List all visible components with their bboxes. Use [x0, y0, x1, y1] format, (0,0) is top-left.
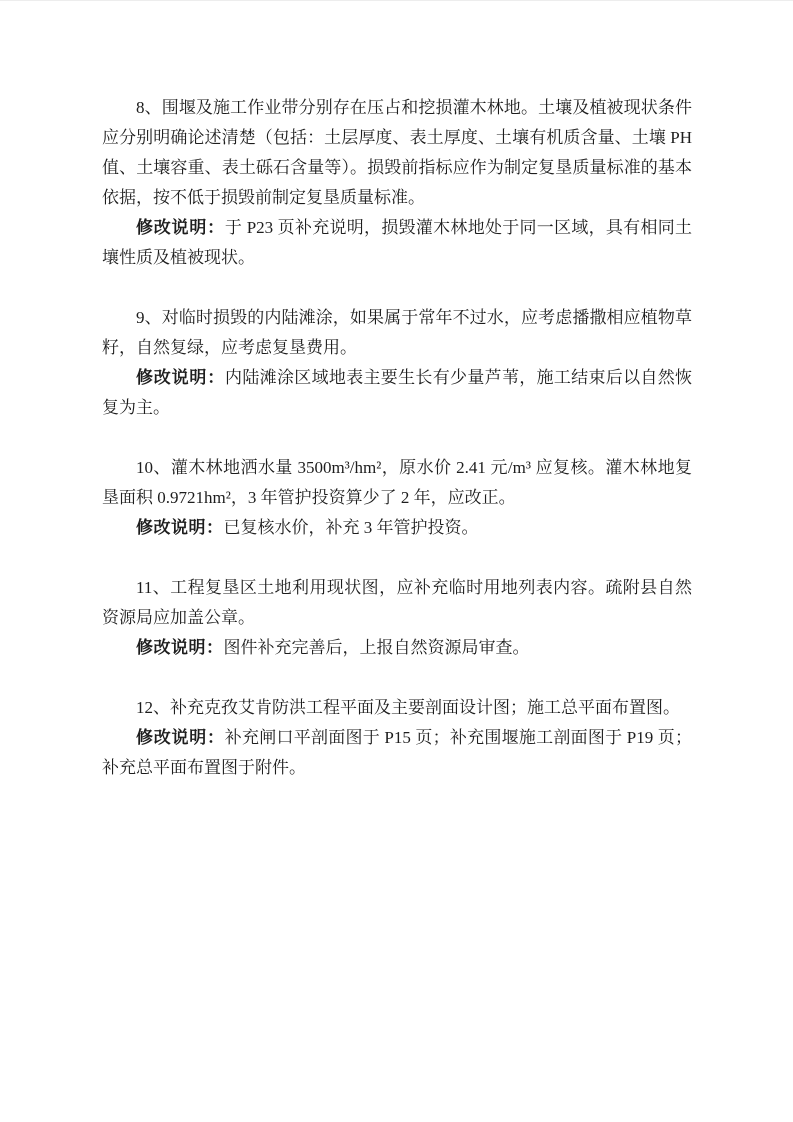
revision-note-paragraph: 修改说明：已复核水价，补充 3 年管护投资。: [102, 513, 692, 543]
review-item-11: 11、工程复垦区土地利用现状图，应补充临时用地列表内容。疏附县自然资源局应加盖公…: [102, 573, 692, 663]
statement-text: 围堰及施工作业带分别存在压占和挖损灌木林地。土壤及植被现状条件应分别明确论述清楚…: [102, 98, 692, 207]
revision-note-paragraph: 修改说明：内陆滩涂区域地表主要生长有少量芦苇，施工结束后以自然恢复为主。: [102, 363, 692, 423]
item-number: 11、: [136, 578, 170, 597]
revision-note-text: 图件补充完善后，上报自然资源局审查。: [224, 638, 530, 657]
revision-note-label: 修改说明：: [136, 638, 224, 657]
revision-note-text: 已复核水价，补充 3 年管护投资。: [224, 518, 479, 537]
revision-note-paragraph: 修改说明：图件补充完善后，上报自然资源局审查。: [102, 633, 692, 663]
review-item-12: 12、补充克孜艾肯防洪工程平面及主要剖面设计图；施工总平面布置图。 修改说明：补…: [102, 693, 692, 783]
item-number: 8、: [136, 98, 162, 117]
review-item-8: 8、围堰及施工作业带分别存在压占和挖损灌木林地。土壤及植被现状条件应分别明确论述…: [102, 93, 692, 273]
page-content: 8、围堰及施工作业带分别存在压占和挖损灌木林地。土壤及植被现状条件应分别明确论述…: [102, 93, 692, 783]
item-number: 9、: [136, 308, 162, 327]
item-number: 10、: [136, 458, 171, 477]
revision-note-label: 修改说明：: [136, 728, 225, 747]
revision-note-label: 修改说明：: [136, 518, 224, 537]
revision-note-paragraph: 修改说明：补充闸口平剖面图于 P15 页；补充围堰施工剖面图于 P19 页；补充…: [102, 723, 692, 783]
review-item-10: 10、灌木林地洒水量 3500m³/hm²，原水价 2.41 元/m³ 应复核。…: [102, 453, 692, 543]
statement-text: 对临时损毁的内陆滩涂，如果属于常年不过水，应考虑播撒相应植物草籽，自然复绿，应考…: [102, 308, 692, 357]
revision-note-paragraph: 修改说明：于 P23 页补充说明，损毁灌木林地处于同一区域，具有相同土壤性质及植…: [102, 213, 692, 273]
statement-paragraph: 8、围堰及施工作业带分别存在压占和挖损灌木林地。土壤及植被现状条件应分别明确论述…: [102, 93, 692, 213]
statement-text: 工程复垦区土地利用现状图，应补充临时用地列表内容。疏附县自然资源局应加盖公章。: [102, 578, 692, 627]
statement-paragraph: 10、灌木林地洒水量 3500m³/hm²，原水价 2.41 元/m³ 应复核。…: [102, 453, 692, 513]
item-number: 12、: [136, 698, 170, 717]
revision-note-label: 修改说明：: [136, 218, 225, 237]
statement-paragraph: 9、对临时损毁的内陆滩涂，如果属于常年不过水，应考虑播撒相应植物草籽，自然复绿，…: [102, 303, 692, 363]
review-item-9: 9、对临时损毁的内陆滩涂，如果属于常年不过水，应考虑播撒相应植物草籽，自然复绿，…: [102, 303, 692, 423]
document-page: { "page": { "background": "#ffffff", "te…: [0, 0, 793, 1122]
statement-paragraph: 11、工程复垦区土地利用现状图，应补充临时用地列表内容。疏附县自然资源局应加盖公…: [102, 573, 692, 633]
statement-text: 补充克孜艾肯防洪工程平面及主要剖面设计图；施工总平面布置图。: [170, 698, 680, 717]
statement-paragraph: 12、补充克孜艾肯防洪工程平面及主要剖面设计图；施工总平面布置图。: [102, 693, 692, 723]
revision-note-label: 修改说明：: [136, 368, 225, 387]
statement-text: 灌木林地洒水量 3500m³/hm²，原水价 2.41 元/m³ 应复核。灌木林…: [102, 458, 692, 507]
